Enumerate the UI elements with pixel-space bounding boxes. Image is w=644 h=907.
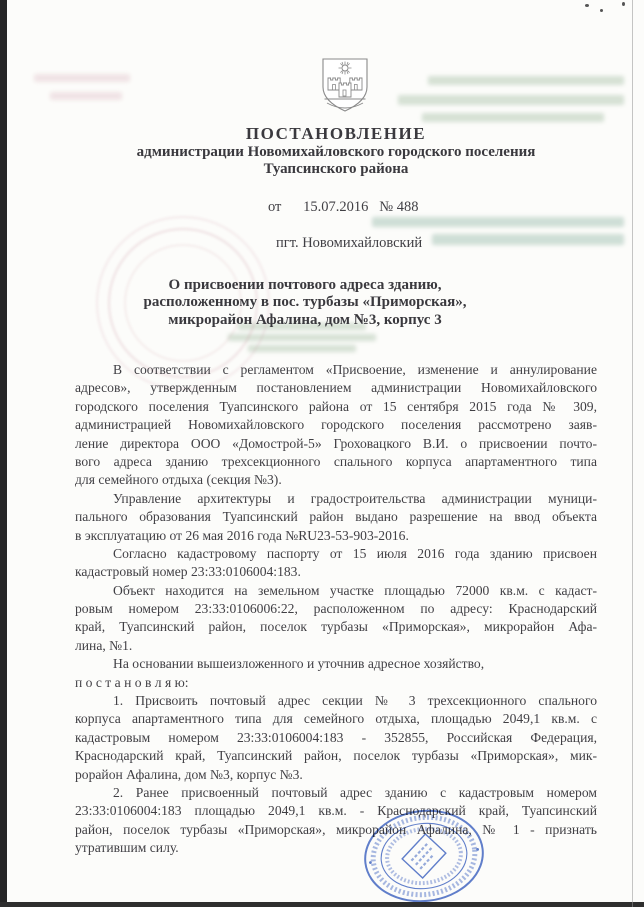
coat-of-arms-icon (320, 57, 370, 115)
body-line: 23:33:0106004:183 площадью 2049,1 кв.м. … (75, 802, 597, 820)
body-line: корпуса апартаментного типа для семейног… (75, 710, 597, 728)
body-line: Объект находится на земельном участке пл… (75, 582, 597, 600)
paragraph: 1. Присвоить почтовый адрес секции № 3 т… (75, 692, 597, 784)
body-line: в эксплуатацию от 26 мая 2016 года №RU23… (75, 527, 597, 545)
bleed-through-text (398, 95, 624, 105)
org-name-line2: Туапсинского района (28, 161, 644, 178)
place-line: пгт. Новомихайловский (276, 235, 422, 252)
paragraph: В соответствии с регламентом «Присвоение… (75, 361, 597, 490)
subject-line: микрорайон Афалина, дом №3, корпус 3 (0, 312, 610, 329)
bleed-through-text (34, 74, 130, 82)
document-body: В соответствии с регламентом «Присвоение… (75, 361, 597, 858)
subject-line: О присвоении почтового адреса зданию, (0, 277, 610, 294)
body-line: лина, №1. (75, 637, 597, 655)
body-line: адресов», утвержденным постановлением ад… (75, 379, 597, 397)
body-line: 1. Присвоить почтовый адрес секции № 3 т… (75, 692, 597, 710)
scanned-document-page: ПОСТАНОВЛЕНИЕ администрации Новомихайлов… (0, 0, 644, 907)
date-and-number-line: от 15.07.2016 № 488 (268, 199, 418, 216)
body-line: край, Туапсинский район, поселок турбазы… (75, 618, 597, 636)
body-line: вого адреса зданию трехсекционного спаль… (75, 453, 597, 471)
body-line: В соответствии с регламентом «Присвоение… (75, 361, 597, 379)
body-line: ление директора ООО «Домострой-5» Грохов… (75, 435, 597, 453)
bleed-through-text (50, 92, 122, 100)
body-line: рорайон Афалина, дом №3, корпус №3. (75, 766, 597, 784)
paragraph: 2. Ранее присвоенный почтовый адрес здан… (75, 784, 597, 858)
body-line: утратившим силу. (75, 839, 597, 857)
body-line: Управление архитектуры и градостроительс… (75, 490, 597, 508)
bleed-through-text (428, 76, 624, 85)
body-line: пального образования Туапсинский район в… (75, 508, 597, 526)
body-line: кадастровый номер 23:33:0106004:183. (75, 563, 597, 581)
paragraph: п о с т а н о в л я ю: (75, 674, 597, 692)
body-line: район, поселок турбазы «Приморская», мик… (75, 821, 597, 839)
bleed-through-text (372, 217, 624, 227)
subject-line: расположенному в пос. турбазы «Приморска… (0, 294, 610, 311)
scan-edge-bottom (0, 902, 644, 907)
bleed-through-text (422, 113, 604, 122)
official-stamp (357, 801, 492, 907)
paragraph: Управление архитектуры и градостроительс… (75, 490, 597, 545)
scan-edge-right (632, 0, 633, 907)
paragraph: На основании вышеизложенного и уточнив а… (75, 655, 597, 673)
letterhead: ПОСТАНОВЛЕНИЕ администрации Новомихайлов… (28, 124, 644, 178)
body-line: Согласно кадастровому паспорту от 15 июл… (75, 545, 597, 563)
paragraph: Согласно кадастровому паспорту от 15 июл… (75, 545, 597, 582)
body-line: городского поселения Туапсинского района… (75, 398, 597, 416)
body-line: для семейного отдыха (секция №3). (75, 471, 597, 489)
body-line: 2. Ранее присвоенный почтовый адрес здан… (75, 784, 597, 802)
body-line: кадастровым номером 23:33:0106004:183 - … (75, 729, 597, 747)
body-line: п о с т а н о в л я ю: (75, 674, 597, 692)
body-line: На основании вышеизложенного и уточнив а… (75, 655, 597, 673)
document-subject: О присвоении почтового адреса зданию, ра… (0, 277, 610, 329)
scan-edge-left (0, 0, 7, 907)
body-line: Краснодарский край, Туапсинский район, п… (75, 747, 597, 765)
scan-speck (622, 2, 625, 6)
body-line: ровым номером 23:33:0106006:22, располож… (75, 600, 597, 618)
body-line: администрацией Новомихайловского городск… (75, 416, 597, 434)
org-name-line1: администрации Новомихайловского городско… (28, 144, 644, 161)
paragraph: Объект находится на земельном участке пл… (75, 582, 597, 656)
scan-speck (585, 4, 589, 7)
scan-speck (600, 9, 603, 12)
document-type-title: ПОСТАНОВЛЕНИЕ (28, 124, 644, 144)
bleed-through-text (432, 234, 624, 245)
